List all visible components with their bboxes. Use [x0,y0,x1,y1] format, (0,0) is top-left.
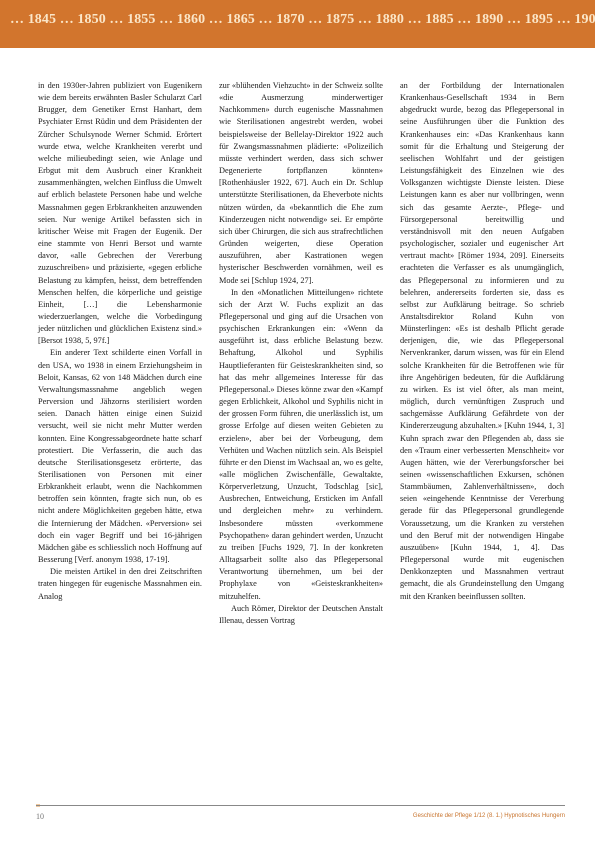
text-column-1: in den 1930er-Jahren publiziert von Euge… [38,80,202,603]
timeline-years: … 1845 … 1850 … 1855 … 1860 … 1865 … 187… [10,12,595,28]
footer-divider [36,805,565,806]
paragraph: Auch Römer, Direktor der Deutschen Ansta… [219,603,383,627]
paragraph: In den «Monatlichen Mitteilungen» richte… [219,287,383,603]
paragraph: Ein anderer Text schilderte einen Vorfal… [38,347,202,566]
page-number: 10 [36,812,44,821]
text-column-2: zur «blühenden Viehzucht» in der Schweiz… [219,80,383,627]
paragraph: Die meisten Artikel in den drei Zeitschr… [38,566,202,602]
header-band: … 1845 … 1850 … 1855 … 1860 … 1865 … 187… [0,0,595,48]
running-footer-title: Geschichte der Pflege 1/12 (8. 1.) Hypno… [413,813,565,819]
paragraph: zur «blühenden Viehzucht» in der Schweiz… [219,80,383,287]
article-body: in den 1930er-Jahren publiziert von Euge… [38,80,565,795]
text-column-3: an der Fortbildung der Internationalen K… [400,80,564,603]
paragraph: in den 1930er-Jahren publiziert von Euge… [38,80,202,347]
paragraph: an der Fortbildung der Internationalen K… [400,80,564,603]
